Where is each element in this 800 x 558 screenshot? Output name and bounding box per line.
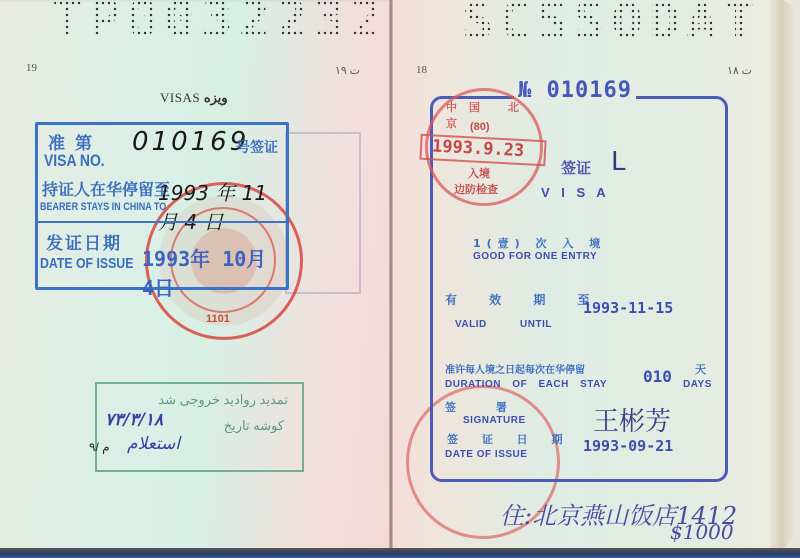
valid-until-value: 1993-11-15 — [583, 299, 673, 317]
visa-stamp-left: 准第 VISA NO. 010169 号签证 持证人在华停留至 BEARER S… — [35, 122, 289, 290]
duration-value: 010 — [643, 367, 672, 386]
signature-label-cn: 签 署 — [445, 399, 525, 415]
page-number-right: 18 — [416, 64, 427, 76]
issue-date-value: 1993年 10月 4日 — [142, 243, 286, 301]
entry-seal-top-text: 中国 北京 — [446, 99, 540, 131]
seal-number: 1101 — [206, 313, 230, 325]
page-number-left: 19 — [26, 62, 37, 74]
valid-label-en: VALID UNTIL — [455, 319, 552, 330]
green-extension-stamp: تمدید روادید خروجی شد کوشه تاریخ ۷۳/۳/۱۸… — [95, 382, 304, 472]
issue-label-cn: 发证日期 — [46, 229, 122, 254]
issue-label-en: DATE OF ISSUE — [40, 255, 133, 272]
issue-label-en-right: DATE OF ISSUE — [445, 449, 527, 460]
stay-until-handwritten: 1993 年 11 月 4 日 — [158, 177, 286, 235]
entry-seal-date-box: 1993.9.23 — [419, 134, 546, 167]
visas-heading-persian: ویزه — [204, 90, 228, 105]
stay-label-en: BEARER STAYS IN CHINA TO — [40, 201, 166, 213]
stay-label-cn: 持证人在华停留至 — [42, 177, 170, 200]
entries-label-en: GOOD FOR ONE ENTRY — [473, 251, 597, 262]
handwritten-amount: $1000 — [670, 520, 734, 544]
entry-seal-text-2: 边防检查 — [454, 181, 498, 197]
handwritten-mark: ۹/ م — [89, 440, 110, 454]
green-stamp-line1: تمدید روادید خروجی شد — [158, 392, 288, 408]
page-number-left-persian: ۱۹ ت — [335, 64, 360, 77]
handwritten-note-persian: استعلام — [127, 434, 180, 454]
page-number-right-persian: ۱۸ ت — [727, 64, 752, 77]
entry-seal-date: 1993.9.23 — [422, 136, 545, 162]
duration-label-cn: 准许每人境之日起每次在华停留 — [445, 361, 585, 376]
green-stamp-line2: کوشه تاریخ — [224, 418, 284, 434]
visa-no-suffix-cn: 号签证 — [236, 137, 278, 157]
visa-title-cn: 签证 — [561, 157, 591, 178]
visa-type-handwritten: L — [611, 147, 626, 177]
binding-gutter — [389, 0, 393, 550]
duration-unit-cn: 天 — [695, 361, 706, 377]
perforated-passport-number-left: TP0032232 — [52, 0, 388, 46]
issue-date-value-right: 1993-09-21 — [583, 437, 673, 455]
stamp-divider — [38, 221, 286, 223]
entry-border-seal: 中国 北京 (80) 1993.9.23 入境 边防检查 — [425, 88, 543, 206]
handwritten-date-persian: ۷۳/۳/۱۸ — [105, 410, 163, 430]
background-edge — [0, 548, 800, 558]
entries-label-cn: 1(壹) 次 入 境 — [473, 235, 606, 251]
duration-unit-en: DAYS — [683, 379, 712, 390]
duration-label-en: DURATION OF EACH STAY — [445, 379, 607, 390]
entry-seal-code: (80) — [470, 121, 490, 133]
visas-heading: VISAS ویزه — [160, 90, 228, 106]
signature-handwritten: 王彬芳 — [593, 401, 671, 438]
signature-label-en: SIGNATURE — [463, 415, 526, 426]
valid-label-cn: 有 效 期 至 — [445, 291, 604, 308]
entry-seal-text-1: 入境 — [468, 165, 490, 181]
issue-label-cn-right: 签 证 日 期 — [447, 431, 573, 447]
visa-no-label-en: VISA NO. — [44, 151, 105, 171]
visa-no-handwritten: 010169 — [132, 127, 249, 157]
page-edge — [770, 0, 794, 550]
visas-heading-en: VISAS — [160, 90, 200, 105]
perforated-passport-number-right: SCSSODAT — [462, 0, 760, 48]
visa-title-en: V I S A — [541, 185, 610, 200]
